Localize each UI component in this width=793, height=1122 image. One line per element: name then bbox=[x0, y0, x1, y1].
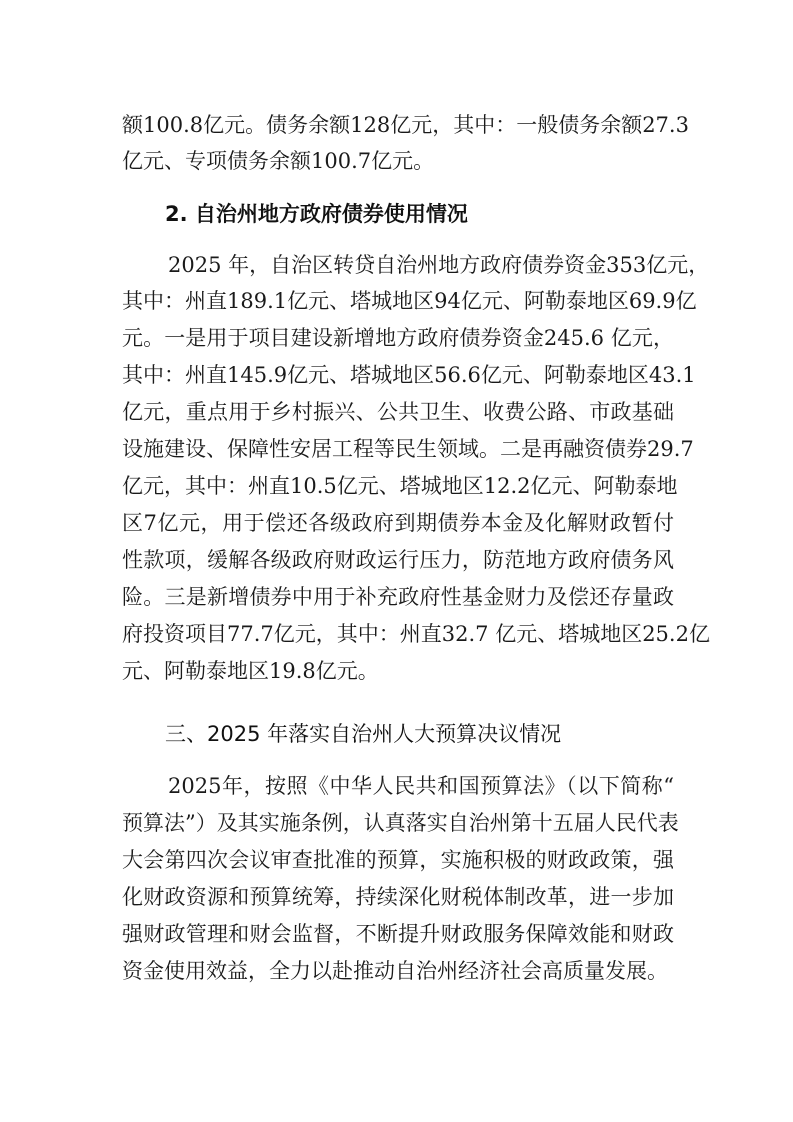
paragraph-line: 府投资项目77.7亿元，其中：州直32.7 亿元、塔城地区25.2亿 bbox=[122, 621, 674, 647]
paragraph-line: 额100.8亿元。债务余额128亿元，其中：一般债务余额27.3 bbox=[122, 112, 674, 138]
paragraph-line: 险。三是新增债券中用于补充政府性基金财力及偿还存量政 bbox=[122, 584, 674, 610]
paragraph-line: 设施建设、保障性安居工程等民生领域。二是再融资债券29.7 bbox=[122, 436, 674, 462]
paragraph-line: 其中：州直189.1亿元、塔城地区94亿元、阿勒泰地区69.9亿 bbox=[122, 288, 674, 314]
paragraph-line: 亿元，重点用于乡村振兴、公共卫生、收费公路、市政基础 bbox=[122, 399, 674, 425]
paragraph-line: 元。一是用于项目建设新增地方政府债券资金245.6 亿元， bbox=[122, 325, 674, 351]
paragraph-line: 资金使用效益，全力以赴推动自治州经济社会高质量发展。 bbox=[122, 958, 674, 984]
paragraph-line: 区7亿元，用于偿还各级政府到期债券本金及化解财政暂付 bbox=[122, 510, 674, 536]
paragraph-line: 亿元，其中：州直10.5亿元、塔城地区12.2亿元、阿勒泰地 bbox=[122, 473, 674, 499]
section-heading: 2. 自治州地方政府债券使用情况 bbox=[165, 201, 468, 227]
paragraph-line: 亿元、专项债务余额100.7亿元。 bbox=[122, 148, 674, 174]
paragraph-line: 性款项，缓解各级政府财政运行压力，防范地方政府债务风 bbox=[122, 547, 674, 573]
paragraph-line: 强财政管理和财会监督，不断提升财政服务保障效能和财政 bbox=[122, 921, 674, 947]
paragraph-line: 2025年，按照《中华人民共和国预算法》（以下简称“ bbox=[168, 773, 674, 799]
paragraph-line: 其中：州直145.9亿元、塔城地区56.6亿元、阿勒泰地区43.1 bbox=[122, 362, 674, 388]
paragraph-line: 化财政资源和预算统筹，持续深化财税体制改革，进一步加 bbox=[122, 884, 674, 910]
section-heading: 三、2025 年落实自治州人大预算决议情况 bbox=[165, 721, 561, 747]
document-page: 额100.8亿元。债务余额128亿元，其中：一般债务余额27.3 亿元、专项债务… bbox=[0, 0, 793, 1122]
paragraph-line: 元、阿勒泰地区19.8亿元。 bbox=[122, 658, 674, 684]
paragraph-line: 大会第四次会议审查批准的预算，实施积极的财政政策，强 bbox=[122, 847, 674, 873]
paragraph-line: 2025 年，自治区转贷自治州地方政府债券资金353亿元， bbox=[168, 252, 674, 278]
paragraph-line: 预算法”）及其实施条例，认真落实自治州第十五届人民代表 bbox=[122, 810, 674, 836]
